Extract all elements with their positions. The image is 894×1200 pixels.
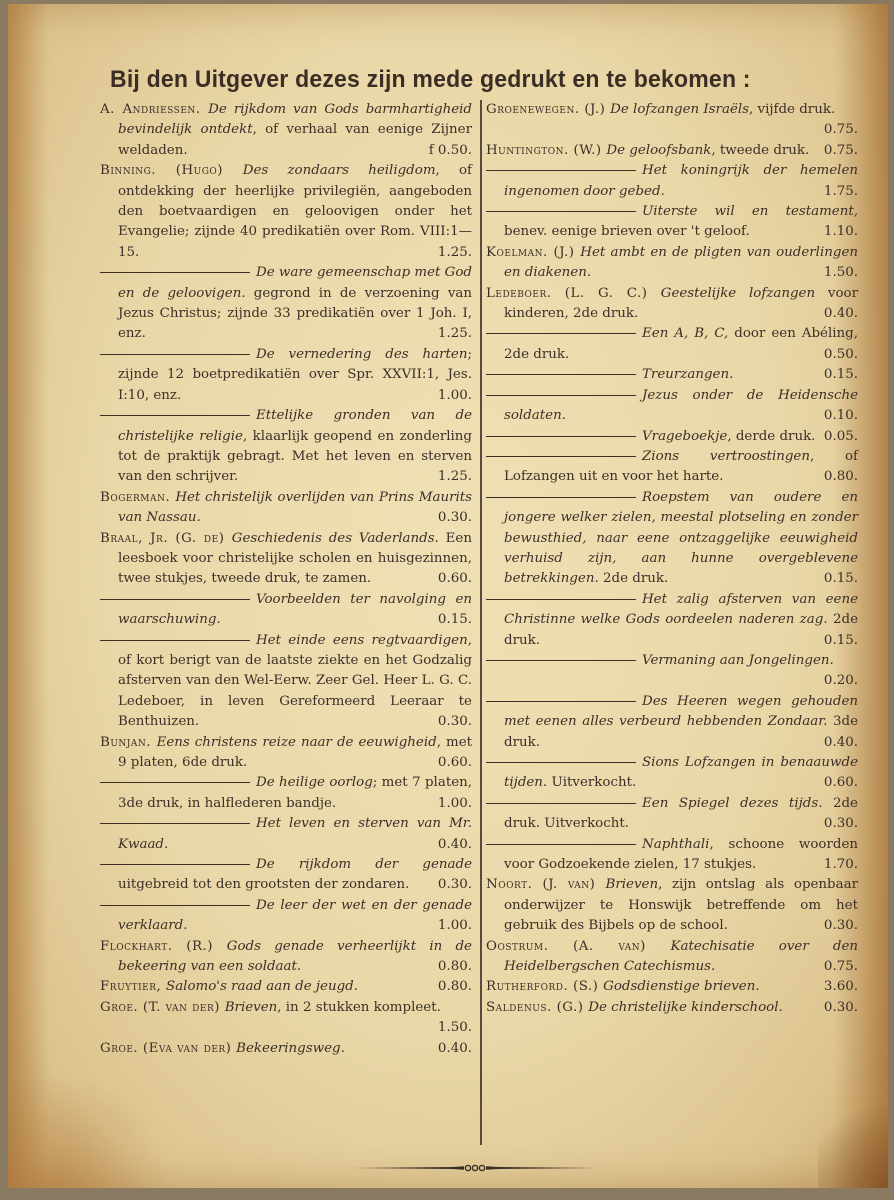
entry-price: 0.20. [824, 671, 858, 691]
entry-price: 1.75. [824, 182, 858, 202]
entry-title: De heilige oorlog [256, 775, 373, 790]
entry-price: 1.50. [438, 1018, 472, 1038]
ditto-dash [486, 436, 636, 437]
entry-title: Voorbeelden ter navolging en waarschuwin… [118, 592, 472, 627]
entry-price: 1.00. [438, 916, 472, 936]
entry-title: Geestelijke lofzangen [661, 286, 815, 301]
entry-author: Koelman. (J.) [486, 245, 580, 260]
ditto-dash [486, 803, 636, 804]
left-column: A. Andriessen. De rijkdom van Gods barmh… [100, 100, 472, 1059]
ditto-dash [486, 762, 636, 763]
entry-price: 3.60. [824, 977, 858, 997]
entry-title: De leer der wet en der genade verklaard. [118, 898, 472, 933]
catalog-entry: Vrageboekje, derde druk.0.05. [486, 427, 858, 447]
ditto-dash [100, 905, 250, 906]
entry-description: uitgebreid tot den grootsten der zondare… [118, 877, 409, 892]
entry-author: Fruytier, [100, 979, 166, 994]
entry-description: 2de druk. [599, 571, 669, 586]
catalog-entry: Het leven en sterven van Mr. Kwaad.0.40. [100, 814, 472, 855]
entry-price: 1.50. [824, 263, 858, 283]
catalog-entry: De leer der wet en der genade verklaard.… [100, 896, 472, 937]
catalog-entry: Fruytier, Salomo's raad aan de jeugd.0.8… [100, 977, 472, 997]
entry-title: Het zalig afsterven van eene Christinne … [504, 592, 858, 627]
catalog-entry: Een Spiegel dezes tijds. 2de druk. Uitve… [486, 794, 858, 835]
entry-price: f 0.50. [429, 141, 472, 161]
entry-author: Bunjan. [100, 735, 157, 750]
entry-price: 0.15. [824, 569, 858, 589]
entry-author: Ledeboer. (L. G. C.) [486, 286, 661, 301]
ditto-dash [486, 701, 636, 702]
entry-title: Eens christens reize naar de eeuwigheid [157, 735, 437, 750]
catalog-entry: Koelman. (J.) Het ambt en de pligten van… [486, 243, 858, 284]
catalog-entry: Naphthali, schoone woorden voor Godzoeke… [486, 835, 858, 876]
entry-title: Des zondaars heiligdom [243, 163, 436, 178]
catalog-entry: Jezus onder de Heidensche soldaten.0.10. [486, 386, 858, 427]
entry-title: Zions vertroostingen [642, 449, 810, 464]
entry-description: Uitverkocht. [547, 775, 636, 790]
catalog-entry: Sions Lofzangen in benaauwde tijden. Uit… [486, 753, 858, 794]
entry-description: , vijfde druk. [749, 102, 835, 117]
entry-price: 0.40. [824, 304, 858, 324]
catalog-entry: De ware gemeenschap met God en de geloov… [100, 263, 472, 345]
catalog-entry: Flockhart. (R.) Gods genade verheerlijkt… [100, 937, 472, 978]
entry-title: Godsdienstige brieven. [603, 979, 759, 994]
column-divider [480, 100, 482, 1145]
ditto-dash [100, 354, 250, 355]
catalog-entry: Braal, Jr. (G. de) Geschiedenis des Vade… [100, 529, 472, 590]
ditto-dash [100, 864, 250, 865]
entry-price: 0.30. [438, 508, 472, 528]
catalog-entry: Groenewegen. (J.) De lofzangen Israëls, … [486, 100, 858, 141]
catalog-entry: Ledeboer. (L. G. C.) Geestelijke lofzang… [486, 284, 858, 325]
entry-author: Groe. (T. van der) [100, 1000, 225, 1015]
entry-price: 1.25. [438, 467, 472, 487]
entry-author: A. Andriessen. [100, 102, 208, 117]
entry-price: 0.30. [824, 916, 858, 936]
entry-price: 1.10. [824, 222, 858, 242]
catalog-entry: Het zalig afsterven van eene Christinne … [486, 590, 858, 651]
entry-title: De christelijke kinderschool. [588, 1000, 783, 1015]
entry-price: 0.30. [438, 712, 472, 732]
catalog-entry: Het koningrijk der hemelen ingenomen doo… [486, 161, 858, 202]
entry-title: Treurzangen. [642, 367, 733, 382]
entry-title: Het leven en sterven van Mr. Kwaad. [118, 816, 472, 851]
catalog-entry: De rijkdom der genade uitgebreid tot den… [100, 855, 472, 896]
entry-title: Naphthali [642, 837, 709, 852]
entry-title: Het koningrijk der hemelen ingenomen doo… [504, 163, 858, 198]
page-stain-corner [818, 1098, 888, 1188]
ditto-dash [100, 599, 250, 600]
page-stain-left [8, 4, 48, 1188]
entry-price: 0.10. [824, 406, 858, 426]
catalog-entry: Vermaning aan Jongelingen.0.20. [486, 651, 858, 692]
entry-price: 0.50. [824, 345, 858, 365]
entry-title: Roepstem van oudere en jongere welker zi… [504, 490, 858, 587]
catalog-entry: Rutherford. (S.) Godsdienstige brieven.3… [486, 977, 858, 997]
catalog-entry: Het einde eens regtvaardigen, of kort be… [100, 631, 472, 733]
catalog-entry: Huntington. (W.) De geloofsbank, tweede … [486, 141, 858, 161]
entry-author: Saldenus. (G.) [486, 1000, 588, 1015]
ditto-dash [486, 844, 636, 845]
entry-title: Het einde eens regtvaardigen [256, 633, 468, 648]
ditto-dash [486, 395, 636, 396]
entry-price: 0.80. [438, 957, 472, 977]
entry-title: Vermaning aan Jongelingen. [642, 653, 834, 668]
entry-description: , in 2 stukken kompleet. [277, 1000, 441, 1015]
entry-price: 0.15. [438, 610, 472, 630]
entry-price: 0.40. [824, 733, 858, 753]
catalog-entry: Oostrum. (A. van) Katechisatie over den … [486, 937, 858, 978]
entry-author: Huntington. (W.) [486, 143, 606, 158]
entry-title: Een A, B, C, [642, 326, 728, 341]
ditto-dash [100, 415, 250, 416]
entry-title: Een Spiegel dezes tijds. [642, 796, 822, 811]
entry-price: 0.15. [824, 365, 858, 385]
entry-price: 0.30. [824, 998, 858, 1018]
entry-price: 0.75. [824, 120, 858, 140]
right-column: Groenewegen. (J.) De lofzangen Israëls, … [486, 100, 858, 1018]
entry-author: Groe. (Eva van der) [100, 1041, 236, 1056]
catalog-entry: Bogerman. Het christelijk overlijden van… [100, 488, 472, 529]
entry-title: Salomo's raad aan de jeugd. [166, 979, 358, 994]
entry-price: 0.75. [824, 957, 858, 977]
entry-price: 0.15. [824, 631, 858, 651]
ditto-dash [486, 660, 636, 661]
ditto-dash [100, 782, 250, 783]
entry-price: 0.80. [438, 977, 472, 997]
catalog-entry: Des Heeren wegen gehouden met eenen alle… [486, 692, 858, 753]
entry-title: Geschiedenis des Vaderlands. [232, 531, 439, 546]
entry-title: Bekeeringsweg. [236, 1041, 345, 1056]
entry-author: Flockhart. (R.) [100, 939, 227, 954]
entry-author: Binning. (Hugo) [100, 163, 243, 178]
entry-author: Groenewegen. (J.) [486, 102, 610, 117]
ditto-dash [486, 170, 636, 171]
catalog-entry: Groe. (T. van der) Brieven, in 2 stukken… [100, 998, 472, 1039]
catalog-entry: Noort. (J. van) Brieven, zijn ontslag al… [486, 875, 858, 936]
ditto-dash [486, 456, 636, 457]
entry-price: 1.70. [824, 855, 858, 875]
entry-title: Jezus onder de Heidensche soldaten. [504, 388, 858, 423]
catalog-entry: De heilige oorlog; met 7 platen, 3de dru… [100, 773, 472, 814]
entry-title: Brieven [225, 1000, 278, 1015]
ornament-divider-icon [352, 1164, 598, 1172]
ditto-dash [486, 599, 636, 600]
entry-title: De rijkdom der genade [256, 857, 472, 872]
entry-title: Vrageboekje [642, 429, 727, 444]
entry-title: Des Heeren wegen gehouden met eenen alle… [504, 694, 858, 729]
ditto-dash [100, 823, 250, 824]
entry-price: 1.00. [438, 794, 472, 814]
ditto-dash [100, 640, 250, 641]
entry-title: Uiterste wil en testament, [642, 204, 858, 219]
entry-title: De vernedering des harten [256, 347, 467, 362]
catalog-entry: A. Andriessen. De rijkdom van Gods barmh… [100, 100, 472, 161]
entry-title: De geloofsbank [606, 143, 711, 158]
entry-title: Brieven [606, 877, 659, 892]
entry-author: Bogerman. [100, 490, 175, 505]
ditto-dash [486, 333, 636, 334]
catalog-entry: Groe. (Eva van der) Bekeeringsweg.0.40. [100, 1039, 472, 1059]
entry-author: Braal, Jr. (G. de) [100, 531, 232, 546]
entry-author: Oostrum. (A. van) [486, 939, 670, 954]
catalog-entry: Ettelijke gronden van de christelijke re… [100, 406, 472, 488]
entry-price: 0.30. [438, 875, 472, 895]
entry-author: Rutherford. (S.) [486, 979, 603, 994]
entry-price: 0.60. [824, 773, 858, 793]
catalog-entry: Voorbeelden ter navolging en waarschuwin… [100, 590, 472, 631]
catalog-entry: Een A, B, C, door een Abéling, 2de druk.… [486, 324, 858, 365]
entry-description: benev. eenige brieven over 't geloof. [504, 224, 750, 239]
entry-price: 0.40. [438, 835, 472, 855]
entry-price: 0.60. [438, 753, 472, 773]
entry-description: , derde druk. [727, 429, 815, 444]
entry-price: 1.25. [438, 324, 472, 344]
catalog-entry: Roepstem van oudere en jongere welker zi… [486, 488, 858, 590]
ditto-dash [486, 497, 636, 498]
catalog-entry: Uiterste wil en testament, benev. eenige… [486, 202, 858, 243]
entry-price: 1.00. [438, 386, 472, 406]
entry-price: 0.40. [438, 1039, 472, 1059]
catalog-entry: De vernedering des harten; zijnde 12 boe… [100, 345, 472, 406]
entry-price: 0.05. [824, 427, 858, 447]
entry-price: 0.75. [824, 141, 858, 161]
entry-price: 1.25. [438, 243, 472, 263]
entry-title: De lofzangen Israëls [610, 102, 749, 117]
entry-description: , tweede druk. [711, 143, 809, 158]
ditto-dash [100, 272, 250, 273]
catalog-entry: Saldenus. (G.) De christelijke kindersch… [486, 998, 858, 1018]
catalog-entry: Zions vertroostingen, of Lofzangen uit e… [486, 447, 858, 488]
entry-price: 0.30. [824, 814, 858, 834]
entry-author: Noort. (J. van) [486, 877, 606, 892]
ditto-dash [486, 374, 636, 375]
catalog-entry: Bunjan. Eens christens reize naar de eeu… [100, 733, 472, 774]
ditto-dash [486, 211, 636, 212]
page-heading: Bij den Uitgever dezes zijn mede gedrukt… [110, 66, 820, 94]
entry-price: 0.60. [438, 569, 472, 589]
entry-price: 0.80. [824, 467, 858, 487]
catalog-entry: Binning. (Hugo) Des zondaars heiligdom, … [100, 161, 472, 263]
page-stain-bottom-left [8, 1068, 168, 1188]
catalog-entry: Treurzangen.0.15. [486, 365, 858, 385]
